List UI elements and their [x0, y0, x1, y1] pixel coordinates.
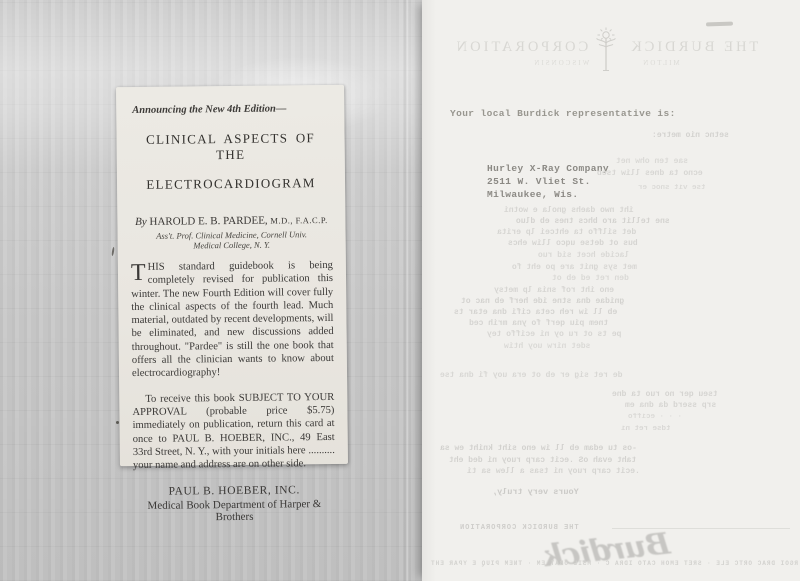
letterhead-name-left: THE BURDICK: [628, 39, 758, 56]
byline-prefix: By: [135, 216, 149, 228]
letterhead-city: MILTON: [641, 59, 679, 67]
representative-address-block: Hurley X-Ray Company 2511 W. Vliet St. M…: [487, 162, 609, 201]
letterhead-state: WISCONSIN: [532, 59, 589, 67]
book-title-line2: ELECTROCARDIOGRAM: [130, 175, 332, 193]
author-byline: By HAROLD E. B. PARDEE, M.D., F.A.C.P.: [130, 214, 332, 228]
scan-speck: [111, 247, 114, 256]
scan-speck: [116, 421, 119, 424]
burdick-letterhead-mirrored: THE BURDICK CORPORATION MILTON WISCONSIN: [450, 30, 762, 76]
caduceus-icon: [593, 26, 619, 79]
author-name: HAROLD E. B. PARDEE,: [149, 215, 270, 228]
dropcap-letter: T: [131, 261, 148, 284]
publisher-name: PAUL B. HOEBER, INC.: [133, 484, 335, 498]
offer-paragraph: To receive this book SUBJECT TO YOUR APP…: [132, 391, 335, 473]
ghost-signature-rule: [612, 528, 790, 529]
representative-intro-line: Your local Burdick representative is:: [450, 108, 676, 119]
book-title-line1: CLINICAL ASPECTS OF THE: [129, 130, 331, 164]
letterhead-name-right: CORPORATION: [454, 39, 589, 56]
description-text: HIS standard guidebook is being complete…: [131, 260, 334, 379]
publisher-department: Medical Book Department of Harper & Brot…: [133, 498, 335, 524]
hoeber-announcement-card: Announcing the New 4th Edition— CLINICAL…: [116, 85, 348, 466]
description-paragraph: THIS standard guidebook is being complet…: [131, 259, 334, 381]
announcement-line: Announcing the New 4th Edition—: [132, 103, 331, 116]
scanned-photo: THE BURDICK CORPORATION MILTON WISCONSIN: [0, 0, 800, 581]
page-fold-crease: [403, 0, 409, 581]
author-credentials: M.D., F.A.C.P.: [270, 215, 327, 226]
burdick-letter-page: THE BURDICK CORPORATION MILTON WISCONSIN: [422, 0, 800, 581]
